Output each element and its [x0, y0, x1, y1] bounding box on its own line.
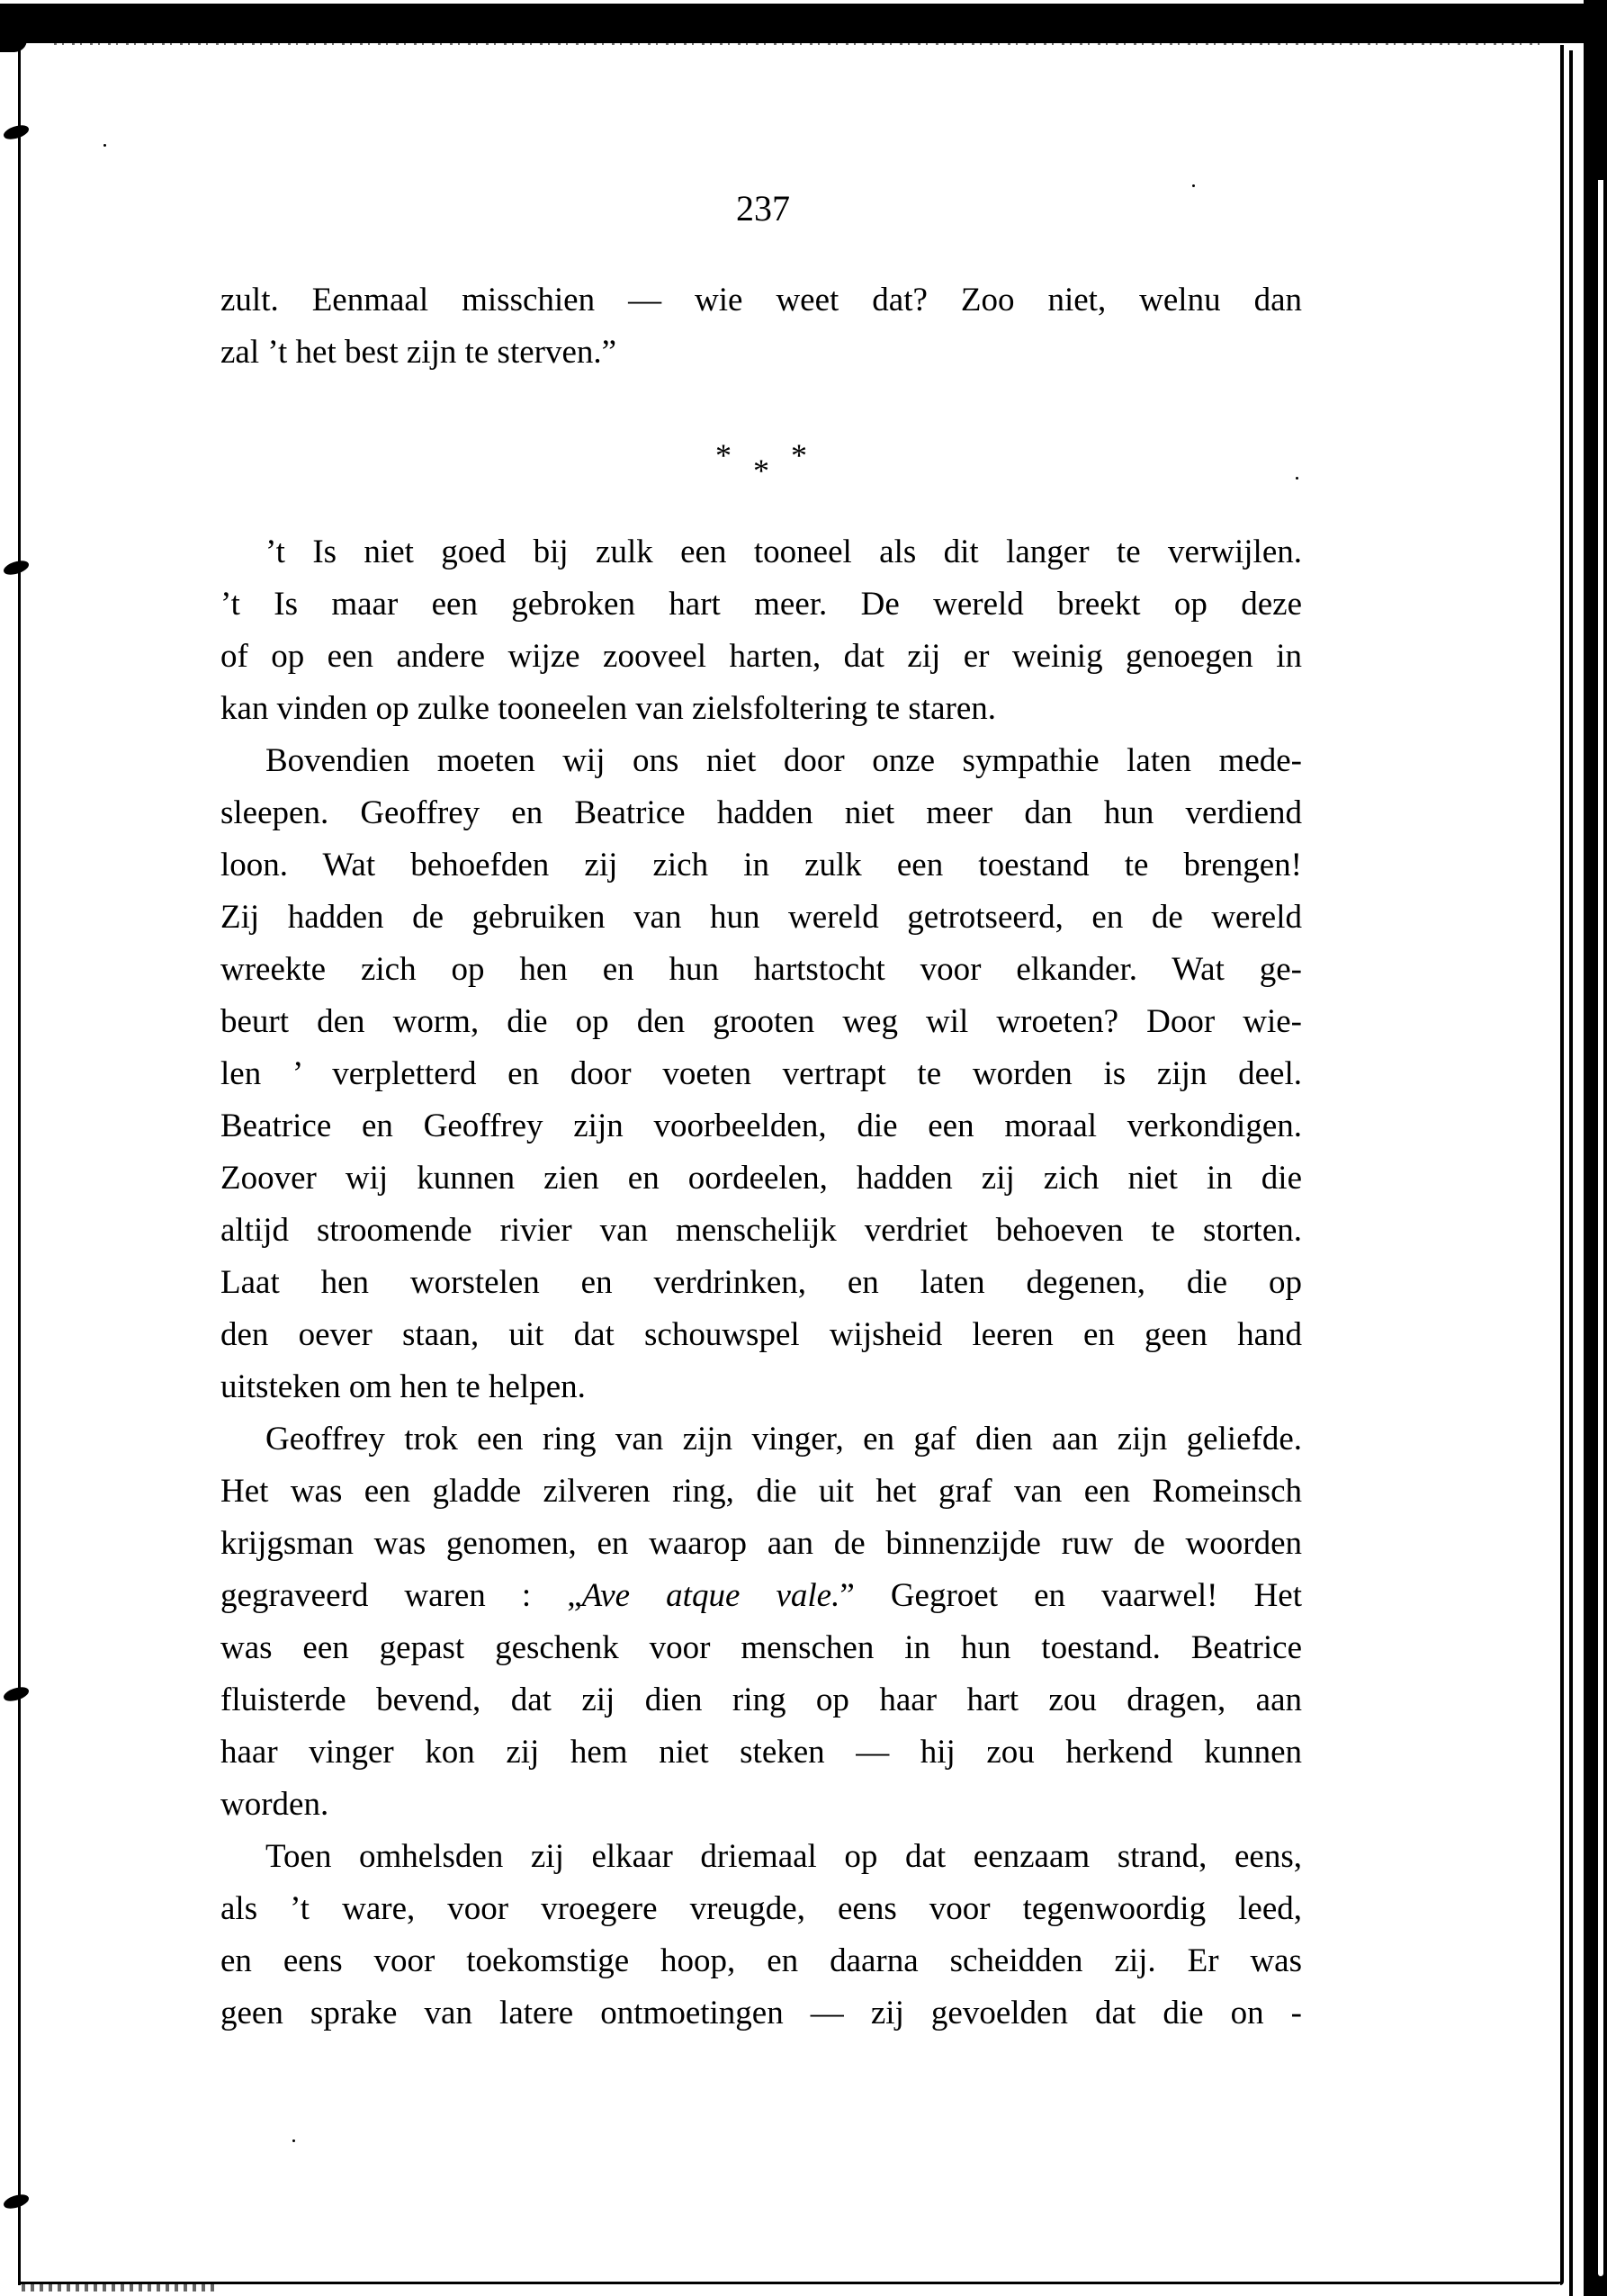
italic-quote: Ave atque vale.	[582, 1577, 840, 1614]
text-line: Zij hadden de gebruiken van hun wereld g…	[220, 892, 1302, 944]
text-line: fluisterde bevend, dat zij dien ring op …	[220, 1674, 1302, 1726]
text-line: len ’ verpletterd en door voeten vertrap…	[220, 1048, 1302, 1100]
text-line: uitsteken om hen te helpen.	[220, 1361, 1302, 1413]
scan-bottom-border	[18, 2282, 1561, 2284]
text-block-continuation: zult. Eenmaal misschien — wie weet dat? …	[220, 274, 1302, 379]
text-line: altijd stroomende rivier van menschelijk…	[220, 1205, 1302, 1257]
text-line: haar vinger kon zij hem niet steken — hi…	[220, 1726, 1302, 1779]
text-line: sleepen. Geoffrey en Beatrice hadden nie…	[220, 787, 1302, 839]
text-line: kan vinden op zulke tooneelen van zielsf…	[220, 683, 1302, 735]
text-line: Bovendien moeten wij ons niet door onze …	[220, 735, 1302, 787]
scan-top-edge-noise	[54, 40, 1548, 45]
scan-top-left-corner	[0, 40, 27, 52]
page-number: 237	[0, 187, 1526, 229]
text-block-main: ’t Is niet goed bij zulk een tooneel als…	[220, 526, 1302, 2040]
text-line: geen sprake van latere ontmoetingen — zi…	[220, 1987, 1302, 2040]
text-line: Beatrice en Geoffrey zijn voorbeelden, d…	[220, 1100, 1302, 1152]
asterisk-icon: *	[791, 439, 807, 471]
text-line: als ’t ware, voor vroegere vreugde, eens…	[220, 1883, 1302, 1935]
scan-speck	[103, 144, 106, 147]
text-line: krijgsman was genomen, en waarop aan de …	[220, 1518, 1302, 1570]
scan-right-band	[1584, 0, 1607, 2296]
scan-left-border	[18, 45, 21, 2285]
scan-right-border-outer	[1569, 50, 1573, 2296]
scan-right-border-inner	[1560, 45, 1564, 2285]
scan-speck	[1296, 477, 1298, 480]
text-line: Zoover wij kunnen zien en oordeelen, had…	[220, 1152, 1302, 1205]
binding-stitch-mark	[4, 557, 29, 578]
text-line: Geoffrey trok een ring van zijn vinger, …	[220, 1413, 1302, 1466]
section-break-asterism: * * *	[715, 439, 814, 484]
binding-stitch-mark	[4, 2191, 29, 2211]
text-line: was een gepast geschenk voor menschen in…	[220, 1622, 1302, 1674]
text-line: zal ’t het best zijn te sterven.”	[220, 327, 1302, 379]
text-line: worden.	[220, 1779, 1302, 1831]
text-line: wreekte zich op hen en hun hartstocht vo…	[220, 944, 1302, 996]
scan-bottom-edge-noise	[22, 2284, 220, 2292]
scan-right-page-edge	[1598, 180, 1603, 2276]
text-line: of op een andere wijze zooveel harten, d…	[220, 631, 1302, 683]
scan-speck	[292, 2139, 295, 2142]
text-line: Het was een gladde zilveren ring, die ui…	[220, 1466, 1302, 1518]
asterisk-icon: *	[753, 454, 769, 487]
text-line: ’t Is niet goed bij zulk een tooneel als…	[220, 526, 1302, 578]
binding-stitch-mark	[4, 121, 29, 142]
asterisk-icon: *	[715, 439, 732, 471]
scan-top-border	[0, 4, 1607, 43]
text-line: ’t Is maar een gebroken hart meer. De we…	[220, 578, 1302, 631]
text-line: Laat hen worstelen en verdrinken, en lat…	[220, 1257, 1302, 1309]
text-line: zult. Eenmaal misschien — wie weet dat? …	[220, 274, 1302, 327]
text-line: Toen omhelsden zij elkaar driemaal op da…	[220, 1831, 1302, 1883]
text-line: loon. Wat behoefden zij zich in zulk een…	[220, 839, 1302, 892]
text-line: gegraveerd waren : „Ave atque vale.” Geg…	[220, 1570, 1302, 1622]
text-line: en eens voor toekomstige hoop, en daarna…	[220, 1935, 1302, 1987]
text-line: beurt den worm, die op den grooten weg w…	[220, 996, 1302, 1048]
text-line: den oever staan, uit dat schouwspel wijs…	[220, 1309, 1302, 1361]
binding-stitch-mark	[4, 1683, 29, 1704]
